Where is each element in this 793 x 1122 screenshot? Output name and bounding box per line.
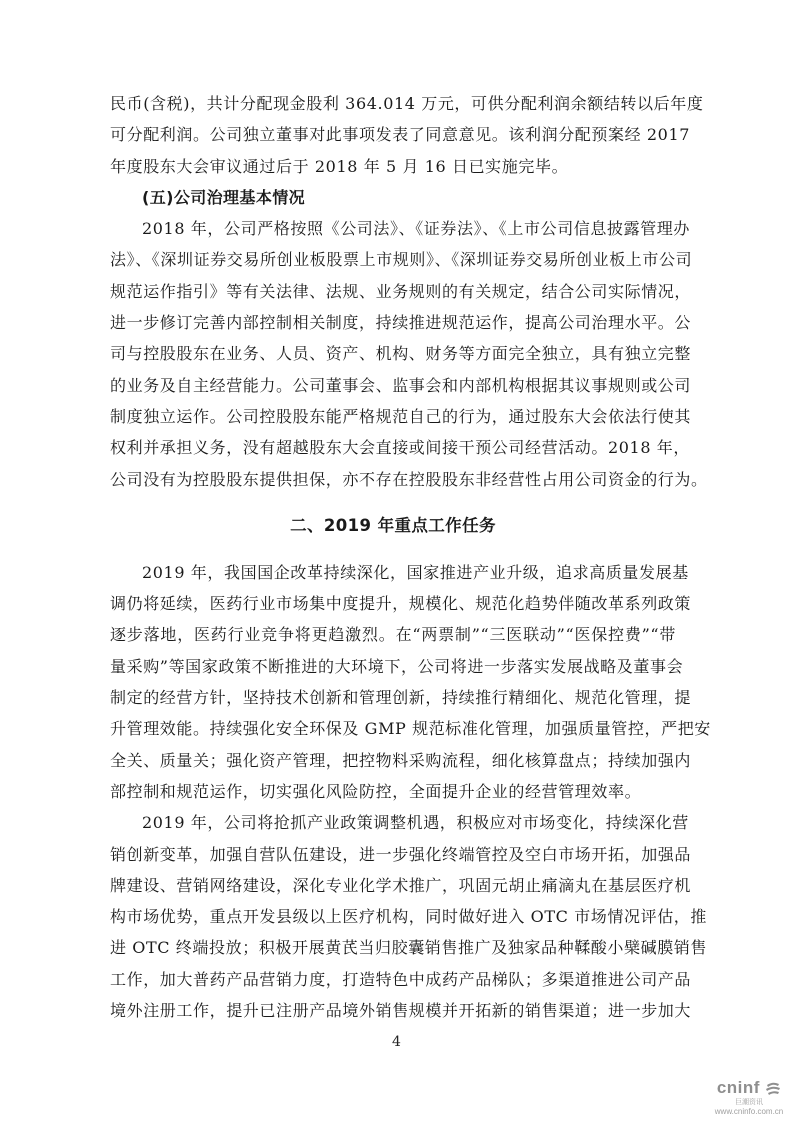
text-line: 工作，加大普药产品营销力度，打造特色中成药产品梯队；多渠道推进公司产品 [110,964,676,995]
text-line: 规范运作指引》等有关法律、法规、业务规则的有关规定，结合公司实际情况， [110,276,676,307]
text-line: 量采购”等国家政策不断推进的大环境下，公司将进一步落实发展战略及董事会 [110,651,676,682]
section-title-2019-key-tasks: 二、2019 年重点工作任务 [110,495,676,557]
paragraph-2019-outlook: 2019 年，我国国企改革持续深化，国家推进产业升级，追求高质量发展基 调仍将延… [110,557,676,807]
text-line: 进 OTC 终端投放；积极开展黄芪当归胶囊销售推广及独家品种鞣酸小檗碱膜销售 [110,932,676,963]
text-line: 制定的经营方针，坚持技术创新和管理创新，持续推行精细化、规范化管理，提 [110,682,676,713]
text-line: 部控制和规范运作，切实强化风险防控，全面提升企业的经营管理效率。 [110,776,676,807]
text-line: 构市场优势，重点开发县级以上医疗机构，同时做好进入 OTC 市场情况评估，推 [110,901,676,932]
document-page: 民币(含税)，共计分配现金股利 364.014 万元，可供分配利润余额结转以后年… [110,88,676,1026]
text-line: 逐步落地，医药行业竞争将更趋激烈。在“两票制”“三医联动”“医保控费”“带 [110,619,676,650]
paragraph-dividend-continuation: 民币(含税)，共计分配现金股利 364.014 万元，可供分配利润余额结转以后年… [110,88,676,182]
page-number: 4 [0,1034,793,1050]
text-line: 2018 年，公司严格按照《公司法》、《证券法》、《上市公司信息披露管理办 [110,213,676,244]
cninfo-swirl-icon [765,1078,781,1097]
text-line: 境外注册工作，提升已注册产品境外销售规模并开拓新的销售渠道；进一步加大 [110,995,676,1026]
text-line: 民币(含税)，共计分配现金股利 364.014 万元，可供分配利润余额结转以后年… [110,88,676,119]
text-line: 可分配利润。公司独立董事对此事项发表了同意意见。该利润分配预案经 2017 [110,119,676,150]
text-line: 年度股东大会审议通过后于 2018 年 5 月 16 日已实施完毕。 [110,151,676,182]
text-line: 公司没有为控股股东提供担保，亦不存在控股股东非经营性占用公司资金的行为。 [110,464,676,495]
text-line: 全关、质量关；强化资产管理，把控物料采购流程，细化核算盘点；持续加强内 [110,745,676,776]
cninfo-watermark: cninf 巨潮资讯 www.cninfo.com.cn [704,1078,793,1117]
text-line: 进一步修订完善内部控制相关制度，持续推进规范运作，提高公司治理水平。公 [110,307,676,338]
watermark-url: www.cninfo.com.cn [704,1107,793,1117]
paragraph-2019-marketing: 2019 年，公司将抢抓产业政策调整机遇，积极应对市场变化，持续深化营 销创新变… [110,807,676,1026]
watermark-logo-text: cninf [717,1078,760,1097]
text-line: 法》、《深圳证券交易所创业板股票上市规则》、《深圳证券交易所创业板上市公司 [110,244,676,275]
text-line: 司与控股股东在业务、人员、资产、机构、财务等方面完全独立，具有独立完整 [110,338,676,369]
text-line: 牌建设、营销网络建设，深化专业化学术推广，巩固元胡止痛滴丸在基层医疗机 [110,870,676,901]
text-line: 调仍将延续，医药行业市场集中度提升，规模化、规范化趋势伴随改革系列政策 [110,588,676,619]
text-line: 的业务及自主经营能力。公司董事会、监事会和内部机构根据其议事规则或公司 [110,370,676,401]
watermark-logo: cninf [704,1078,793,1098]
text-line: 制度独立运作。公司控股股东能严格规范自己的行为，通过股东大会依法行使其 [110,401,676,432]
text-line: 升管理效能。持续强化安全环保及 GMP 规范标准化管理，加强质量管控，严把安 [110,713,676,744]
text-line: 2019 年，公司将抢抓产业政策调整机遇，积极应对市场变化，持续深化营 [110,807,676,838]
watermark-subtitle: 巨潮资讯 [704,1098,793,1107]
paragraph-corporate-governance: 2018 年，公司严格按照《公司法》、《证券法》、《上市公司信息披露管理办 法》… [110,213,676,495]
subheading-corporate-governance: (五)公司治理基本情况 [110,182,676,213]
text-line: 销创新变革，加强自营队伍建设，进一步强化终端管控及空白市场开拓，加强品 [110,839,676,870]
text-line: 2019 年，我国国企改革持续深化，国家推进产业升级，追求高质量发展基 [110,557,676,588]
text-line: 权利并承担义务，没有超越股东大会直接或间接干预公司经营活动。2018 年， [110,432,676,463]
